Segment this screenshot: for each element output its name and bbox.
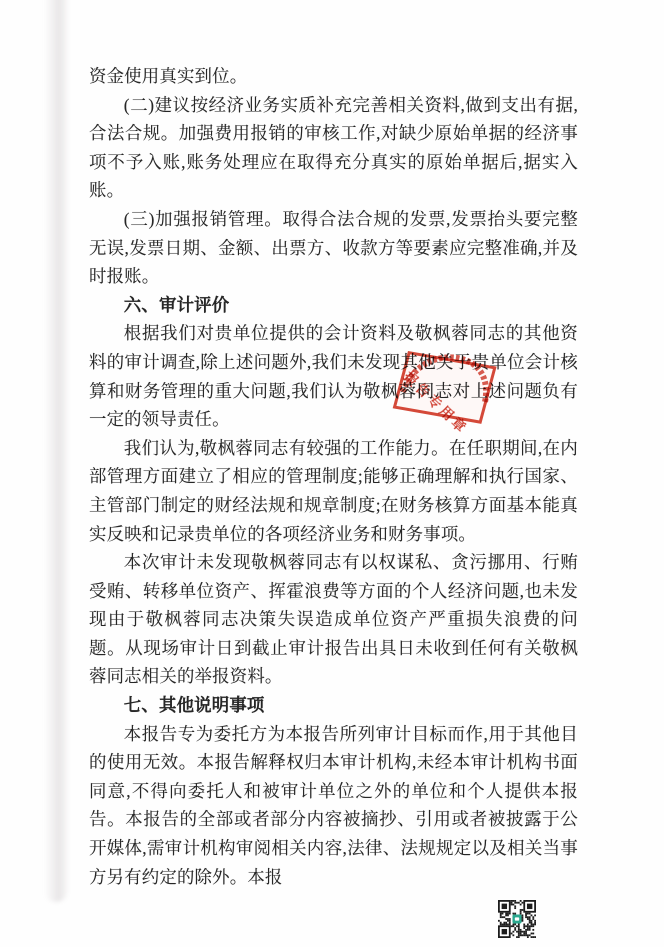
paragraph: 根据我们对贵单位提供的会计资料及敬枫蓉同志的其他资料的审计调查,除上述问题外,我… [89,319,578,433]
paragraph: 本报告专为委托方为本报告所列审计目标而作,用于其他目的使用无效。本报告解释权归本… [89,720,578,892]
body-text: 资金使用真实到位。 (二)建议按经济业务实质补充完善相关资料,做到支出有据,合法… [89,62,578,891]
section-heading-audit-evaluation: 六、审计评价 [89,291,578,320]
paragraph: 我们认为,敬枫蓉同志有较强的工作能力。在任职期间,在内部管理方面建立了相应的管理… [89,434,578,548]
paragraph: (三)加强报销管理。取得合法合规的发票,发票抬头要完整无误,发票日期、金额、出票… [89,205,578,291]
paragraph: 本次审计未发现敬枫蓉同志有以权谋私、贪污挪用、行贿受贿、转移单位资产、挥霍浪费等… [89,548,578,691]
page-edge-shadow [44,0,68,902]
paragraph: 资金使用真实到位。 [89,62,578,91]
paragraph: (二)建议按经济业务实质补充完善相关资料,做到支出有据,合法合规。加强费用报销的… [89,91,578,205]
qr-code [498,900,536,938]
section-heading-other-notes: 七、其他说明事项 [89,691,578,720]
scanned-audit-report-page: 资金使用真实到位。 (二)建议按经济业务实质补充完善相关资料,做到支出有据,合法… [0,0,664,947]
